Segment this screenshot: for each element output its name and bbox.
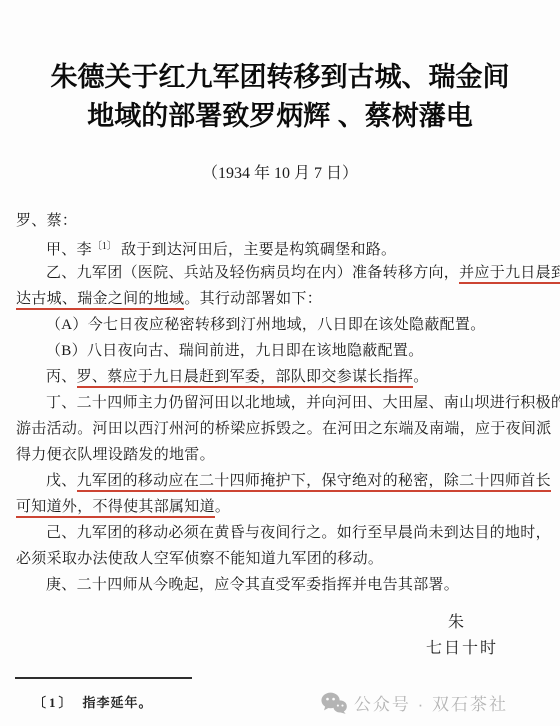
- signature-time: 七日十时: [0, 636, 560, 662]
- watermark: 公众号 · 双石茶社: [321, 690, 508, 715]
- footnote-text: 指李延年。: [83, 695, 153, 710]
- text-segment: 己、九军团的移动必须在黄昏与夜间行之。如行至早晨尚未到达目的地时，: [46, 525, 551, 541]
- document-line: 庚、二十四师从今晚起，应令其直受军委指挥并电告其部署。: [16, 572, 550, 598]
- document-line: 戊、九军团的移动应在二十四师掩护下，保守绝对的秘密，除二十四师首长: [16, 468, 550, 494]
- signature-block: 朱 七日十时: [0, 610, 560, 662]
- text-segment: 。: [215, 499, 230, 515]
- document-line: 达古城、瑞金之间的地域。其行动部署如下：: [16, 286, 550, 312]
- page-title-line1: 朱德关于红九军团转移到古城、瑞金间: [0, 58, 560, 97]
- text-segment: 。: [413, 369, 428, 385]
- text-segment: 得力便衣队埋设踏发的地雷。: [16, 447, 215, 463]
- text-segment: 戊、: [46, 473, 77, 489]
- document-line: 己、九军团的移动必须在黄昏与夜间行之。如行至早晨尚未到达目的地时，: [16, 520, 550, 546]
- document-line: 可知道外，不得使其部属知道。: [16, 494, 550, 520]
- document-line: 必须采取办法使敌人空军侦察不能知道九军团的移动。: [16, 546, 550, 572]
- footnote-reference: 〔1〕: [92, 241, 117, 252]
- document-line: 丁、二十四师主力仍留河田以北地域，并向河田、大田屋、南山坝进行积极的: [16, 390, 550, 416]
- underlined-phrase: 罗、蔡应于九日晨赶到军委，部队即交参谋长指挥: [77, 369, 414, 388]
- document-line: 丙、罗、蔡应于九日晨赶到军委，部队即交参谋长指挥。: [16, 364, 550, 390]
- text-segment: 乙、九军团（医院、兵站及轻伤病员均在内）准备转移方向，: [46, 265, 459, 281]
- text-segment: 敌于到达河田后，主要是构筑碉堡和路。: [117, 242, 396, 258]
- document-line: 罗、蔡：: [16, 208, 550, 234]
- text-segment: 。其行动部署如下：: [184, 291, 322, 307]
- text-segment: 丁、二十四师主力仍留河田以北地域，并向河田、大田屋、南山坝进行积极的: [46, 395, 560, 411]
- document-line: 甲、李〔1〕 敌于到达河田后，主要是构筑碉堡和路。: [16, 234, 550, 260]
- document-line: 得力便衣队埋设踏发的地雷。: [16, 442, 550, 468]
- text-segment: 丙、: [46, 369, 77, 385]
- wechat-icon: [321, 692, 347, 714]
- footnote-marker: 〔1〕: [33, 695, 75, 710]
- text-segment: 庚、二十四师从今晚起，应令其直受军委指挥并电告其部署。: [46, 577, 459, 593]
- text-segment: （B）八日夜向古、瑞间前进，九日即在该地隐蔽配置。: [46, 343, 424, 359]
- document-body: 罗、蔡：甲、李〔1〕 敌于到达河田后，主要是构筑碉堡和路。乙、九军团（医院、兵站…: [0, 208, 560, 598]
- underlined-phrase: 并应于九日晨到: [459, 265, 560, 284]
- text-segment: 必须采取办法使敌人空军侦察不能知道九军团的移动。: [16, 551, 383, 567]
- document-line: （A）今七日夜应秘密转移到汀州地域，八日即在该处隐蔽配置。: [16, 312, 550, 338]
- document-line: 游击活动。河田以西汀州河的桥梁应拆毁之。在河田之东端及南端，应于夜间派: [16, 416, 550, 442]
- document-line: 乙、九军团（医院、兵站及轻伤病员均在内）准备转移方向，并应于九日晨到: [16, 260, 550, 286]
- document-line: （B）八日夜向古、瑞间前进，九日即在该地隐蔽配置。: [16, 338, 550, 364]
- text-segment: （A）今七日夜应秘密转移到汀州地域，八日即在该处隐蔽配置。: [46, 317, 486, 333]
- underlined-phrase: 达古城、瑞金之间的地域: [16, 291, 184, 310]
- footnote-divider: [15, 677, 192, 679]
- underlined-phrase: 九军团的移动应在二十四师掩护下，保守绝对的秘密，除二十四师首长: [77, 473, 551, 492]
- signature-name: 朱: [0, 610, 560, 636]
- page-title: 朱德关于红九军团转移到古城、瑞金间 地域的部署致罗炳辉 、蔡树藩电: [0, 58, 560, 136]
- underlined-phrase: 可知道外，不得使其部属知道: [16, 499, 215, 518]
- text-segment: 罗、蔡：: [16, 213, 77, 229]
- text-segment: 甲、李: [46, 242, 92, 258]
- date-line: （1934 年 10 月 7 日）: [0, 164, 560, 184]
- document-page: 朱德关于红九军团转移到古城、瑞金间 地域的部署致罗炳辉 、蔡树藩电 （1934 …: [0, 0, 560, 726]
- page-title-line2: 地域的部署致罗炳辉 、蔡树藩电: [0, 97, 560, 136]
- text-segment: 游击活动。河田以西汀州河的桥梁应拆毁之。在河田之东端及南端，应于夜间派: [16, 421, 552, 437]
- watermark-text: 公众号 · 双石茶社: [354, 690, 508, 715]
- footnote: 〔1〕指李延年。: [33, 692, 153, 711]
